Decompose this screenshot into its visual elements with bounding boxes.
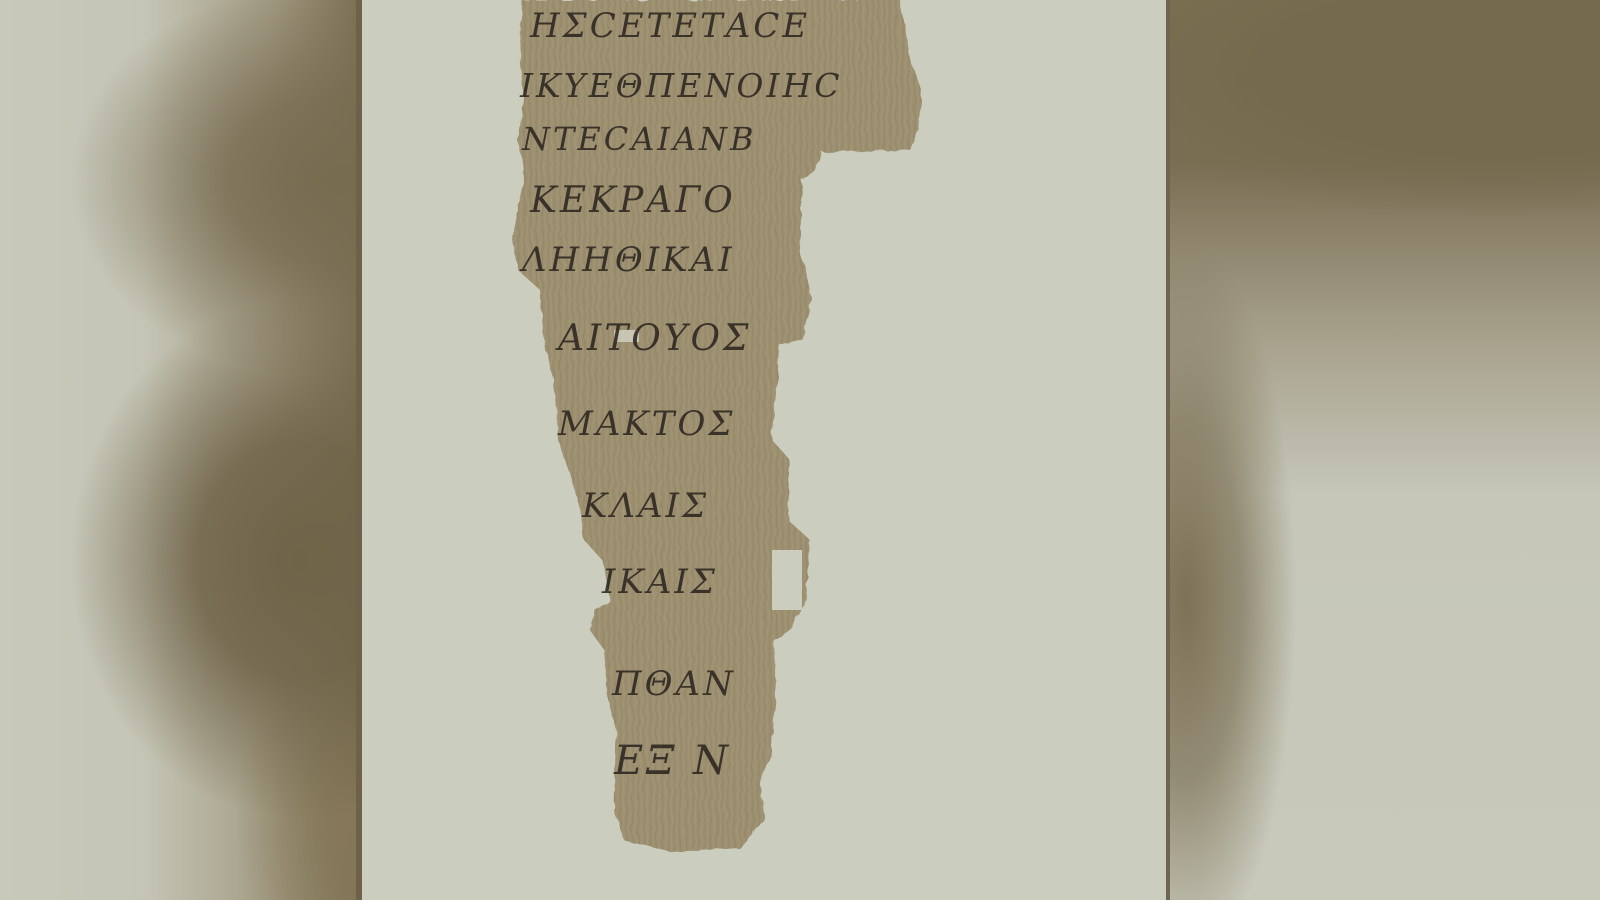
papyrus-line-2: ΙΚΥΕΘΠΕΝΟΙΗC [520,66,842,105]
papyrus-line-9: ΙΚΑΙΣ [602,562,718,602]
blurred-background-left [0,0,362,900]
mount-panel: ΗΣCΕΤΕΤΑCΕ ΙΚΥΕΘΠΕΝΟΙΗC ΝΤΕCΑΙΑΝΒ ΚΕΚΡΑΓ… [362,0,1166,900]
papyrus-line-7: ΜΑΚΤΟΣ [558,404,735,444]
papyrus-line-6: ΑΙΤΟΥΟΣ [558,318,751,359]
papyrus-line-1: ΗΣCΕΤΕΤΑCΕ [530,6,810,46]
blurred-background-right [1166,0,1600,900]
papyrus-fragment [362,0,1166,900]
papyrus-line-11: ΕΞ Ν [614,738,731,784]
papyrus-line-4: ΚΕΚΡΑΓΟ [530,180,736,221]
papyrus-line-5: ΛΗΗΘΙΚΑΙ [522,240,735,280]
papyrus-line-3: ΝΤΕCΑΙΑΝΒ [522,120,757,158]
papyrus-line-8: ΚΛΑΙΣ [582,486,709,526]
papyrus-line-10: ΠΘΑΝ [612,664,736,704]
